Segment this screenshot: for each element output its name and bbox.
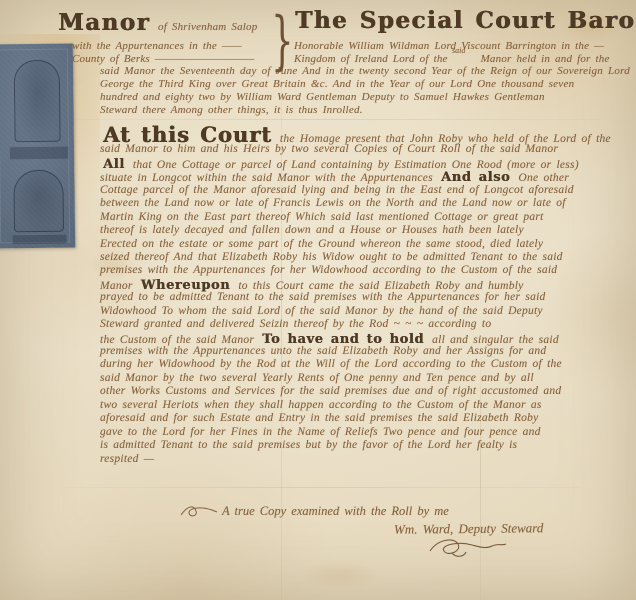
body-line: the Custom of the said Manor To have and… <box>100 332 625 345</box>
header-right-text: Manor held in and for the <box>481 53 610 65</box>
manor-heading: Manor of Shrivenham Salop <box>55 18 257 33</box>
body-text: Steward granted and delivered Seizin the… <box>100 318 491 330</box>
body-text: respited — <box>100 453 154 465</box>
header-wide-line: Steward there Among other things, it is … <box>100 104 625 117</box>
body-text: One other <box>518 172 569 184</box>
manor-word: Manor <box>55 9 153 36</box>
body-line: Widowhood To whom the said Lord of the s… <box>100 305 625 318</box>
header-left-line: County of Berks —————————— <box>72 53 255 65</box>
header-wide-line: said Manor the Seventeenth day of June A… <box>100 65 625 78</box>
body-line: prayed to be admitted Tenant to the said… <box>100 291 625 304</box>
body-line: other Works Customs and Services for the… <box>100 385 625 398</box>
body-line: two several Heriots when they shall happ… <box>100 399 625 412</box>
header-wide-line: George the Third King over Great Britain… <box>100 78 625 91</box>
body-text: situate in Longcot within the said Manor… <box>100 172 433 184</box>
body-text: said Manor by the two several Yearly Ren… <box>100 372 534 384</box>
body-line: seized thereof And that Elizabeth Roby h… <box>100 251 625 264</box>
court-heading: The Special Court Baron of the Right <box>292 16 636 31</box>
fold-crease-horizontal <box>40 119 600 120</box>
attestation-text: A true Copy examined with the Roll by me <box>222 504 449 518</box>
court-title: The Special Court Baron <box>292 7 636 34</box>
manor-subtitle: of Shrivenham Salop <box>158 21 257 33</box>
body-text: to this Court came the said Elizabeth Ro… <box>238 280 523 292</box>
foxing-stain <box>300 560 380 590</box>
body-opening-line: At this Court the Homage present that Jo… <box>100 130 625 143</box>
fold-crease-horizontal <box>60 487 580 488</box>
stamp-band <box>9 146 69 161</box>
body-text: Martin King on the East part thereof Whi… <box>100 211 544 223</box>
body-text: premises with the Appurtenances unto the… <box>100 345 546 357</box>
stamp-cartouche-bottom-icon <box>13 170 64 233</box>
stamp-band <box>12 234 68 246</box>
body-line: said Manor by the two several Yearly Ren… <box>100 372 625 385</box>
body-line: All that One Cottage or parcel of Land c… <box>100 157 625 170</box>
body-text: gave to the Lord for her Fines in the Na… <box>100 426 541 438</box>
header-left-line: with the Appurtenances in the —— <box>72 40 242 52</box>
body-text: Erected on the estate or some part of th… <box>100 238 543 250</box>
body-line: respited — <box>100 453 625 466</box>
header-wide-line: hundred and eighty two by William Ward G… <box>100 91 625 104</box>
body-line: aforesaid and for such Estate and Entry … <box>100 412 625 425</box>
body-line: premises with the Appurtenances for her … <box>100 264 625 277</box>
body-text: two several Heriots when they shall happ… <box>100 399 542 411</box>
revenue-stamp <box>0 44 75 249</box>
body-line: thereof is lately decayed and fallen dow… <box>100 224 625 237</box>
body-line: Martin King on the East part thereof Whi… <box>100 211 625 224</box>
body-line: Cottage parcel of the Manor aforesaid ly… <box>100 184 625 197</box>
body-text: Cottage parcel of the Manor aforesaid ly… <box>100 184 574 196</box>
interline-note: said <box>452 46 465 55</box>
signature: Wm. Ward, Deputy Steward <box>394 520 544 538</box>
body-text: between the Land now or late of Francis … <box>100 197 566 209</box>
body-text: Manor <box>100 280 133 292</box>
body-line: premises with the Appurtenances unto the… <box>100 345 625 358</box>
body-text: prayed to be admitted Tenant to the said… <box>100 291 546 303</box>
body-line: gave to the Lord for her Fines in the Na… <box>100 426 625 439</box>
body-block: At this Court the Homage present that Jo… <box>100 130 625 466</box>
body-text: aforesaid and for such Estate and Entry … <box>100 412 538 424</box>
body-text: all and singular the said <box>432 334 559 346</box>
attestation-line: A true Copy examined with the Roll by me <box>180 503 449 519</box>
body-text: premises with the Appurtenances for her … <box>100 264 557 276</box>
attestation-flourish-icon <box>180 503 218 519</box>
header-wide-block: said Manor the Seventeenth day of June A… <box>100 65 625 117</box>
body-line: is admitted Tenant to the said premises … <box>100 439 625 452</box>
body-line: between the Land now or late of Francis … <box>100 197 625 210</box>
body-line: Erected on the estate or some part of th… <box>100 238 625 251</box>
header-right-text: Kingdom of Ireland Lord of the <box>294 53 448 65</box>
body-text: thereof is lately decayed and fallen dow… <box>100 224 524 236</box>
body-line: said Manor to him and his Heirs by two s… <box>100 143 625 156</box>
body-line: Steward granted and delivered Seizin the… <box>100 318 625 331</box>
body-text: is admitted Tenant to the said premises … <box>100 439 517 451</box>
parchment-document: Manor of Shrivenham Salop with the Appur… <box>0 0 636 600</box>
header-right-line: Honorable William Wildman Lord Viscount … <box>294 40 604 52</box>
body-text: Widowhood To whom the said Lord of the s… <box>100 305 543 317</box>
stamp-cartouche-top-icon <box>14 60 61 143</box>
signature-flourish-icon <box>428 537 508 559</box>
body-text: seized thereof And that Elizabeth Roby h… <box>100 251 563 263</box>
body-text: that One Cottage or parcel of Land conta… <box>133 159 579 171</box>
body-text: said Manor to him and his Heirs by two s… <box>100 143 558 155</box>
body-line: situate in Longcot within the said Manor… <box>100 170 625 183</box>
body-text: during her Widowhood by the Rod at the W… <box>100 358 562 370</box>
body-text: other Works Customs and Services for the… <box>100 385 561 397</box>
body-line: during her Widowhood by the Rod at the W… <box>100 358 625 371</box>
body-text: the Custom of the said Manor <box>100 334 254 346</box>
body-line: Manor Whereupon to this Court came the s… <box>100 278 625 291</box>
